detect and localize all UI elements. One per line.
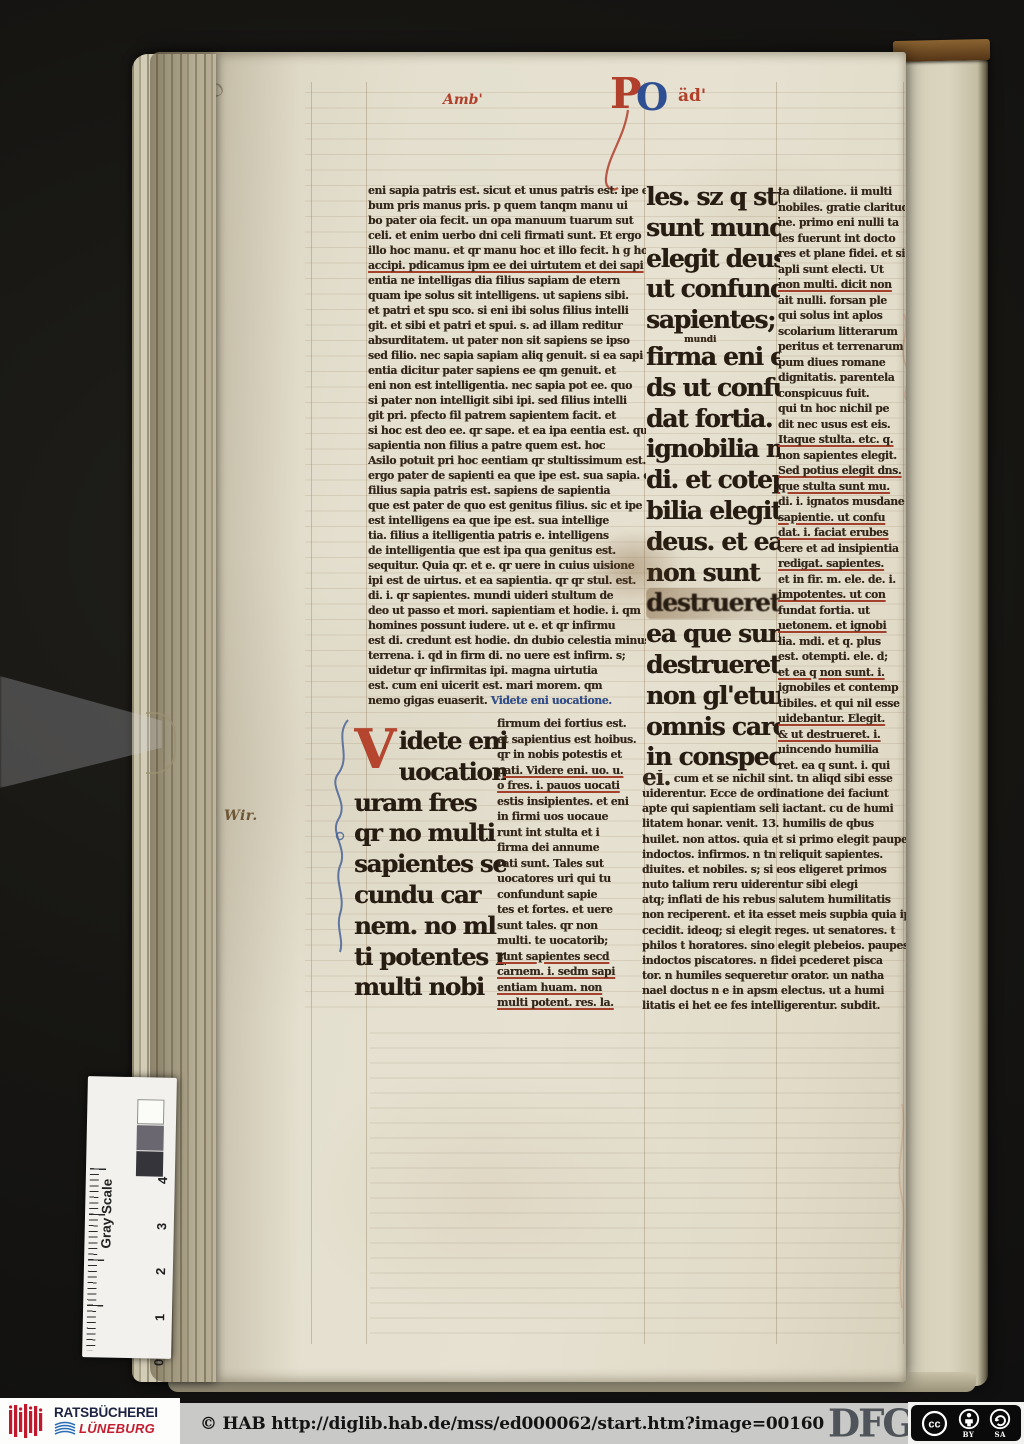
gray-patch-white	[137, 1099, 165, 1125]
by-icon: BY	[958, 1408, 980, 1438]
dfg-logo: DFG	[831, 1401, 909, 1444]
sa-icon: SA	[989, 1408, 1011, 1438]
gray-patch-mid	[136, 1125, 164, 1151]
strap-loop	[146, 712, 176, 774]
cc-icon: cc	[921, 1410, 948, 1437]
bleed-through-text	[370, 1032, 900, 1342]
margin-rust-mark-1	[894, 312, 906, 402]
sa-label: SA	[995, 1431, 1007, 1438]
main-text-column: les. sz q stultasunt mundielegit deusut …	[646, 182, 780, 773]
lection-text-block: Videte enimuocationemuram fresqr no mult…	[354, 726, 506, 1003]
cc-by-sa-badge: cc BY SA	[911, 1405, 1021, 1441]
svg-text:cc: cc	[928, 1418, 940, 1430]
manuscript-page: C.I Amb' P O äd' eni sapia patris est. s…	[150, 52, 906, 1382]
ruler-ticks-large	[86, 1168, 106, 1350]
organ-pipes-icon	[8, 1402, 46, 1440]
digitized-manuscript-photo: C.I Amb' P O äd' eni sapia patris est. s…	[0, 0, 1024, 1444]
running-title-right: äd'	[678, 86, 706, 106]
initial-flourish-blue	[328, 716, 356, 956]
running-title-left: Amb'	[443, 92, 483, 108]
ratsbuecherei-logo: RATSBÜCHEREI LÜNEBURG	[0, 1398, 180, 1444]
quire-margin-note: Wir.	[224, 808, 258, 824]
right-gloss-column: ta dilatione. ii multinobiles. gratie cl…	[778, 184, 905, 773]
margin-rust-mark-2	[890, 1102, 906, 1312]
ruling-vertical-2	[366, 82, 367, 1344]
license-badge-wrap: cc BY SA	[908, 1402, 1024, 1444]
decorated-initial-v: V	[354, 726, 395, 772]
book-fore-edge-pages	[900, 56, 988, 1386]
bottom-gloss-block: ei. cum et se nichil sint. tn aliqd sibi…	[642, 770, 906, 1014]
binding-leather-sliver	[893, 39, 990, 62]
logo-line2: LÜNEBURG	[79, 1422, 155, 1435]
logo-line1: RATSBÜCHEREI	[54, 1406, 158, 1420]
left-gloss-column: eni sapia patris est. sicut et unus patr…	[368, 183, 646, 708]
ruler-numbers: 43210	[148, 1157, 173, 1387]
logo-text: RATSBÜCHEREI LÜNEBURG	[54, 1406, 158, 1437]
book-fan-icon	[54, 1421, 76, 1436]
grayscale-ruler: Gray Scale 43210	[82, 1076, 177, 1359]
middle-gloss-column: firmum dei fortius est.et sapientius est…	[497, 716, 644, 1011]
by-label: BY	[963, 1431, 975, 1438]
ruling-vertical-1	[311, 82, 312, 1344]
